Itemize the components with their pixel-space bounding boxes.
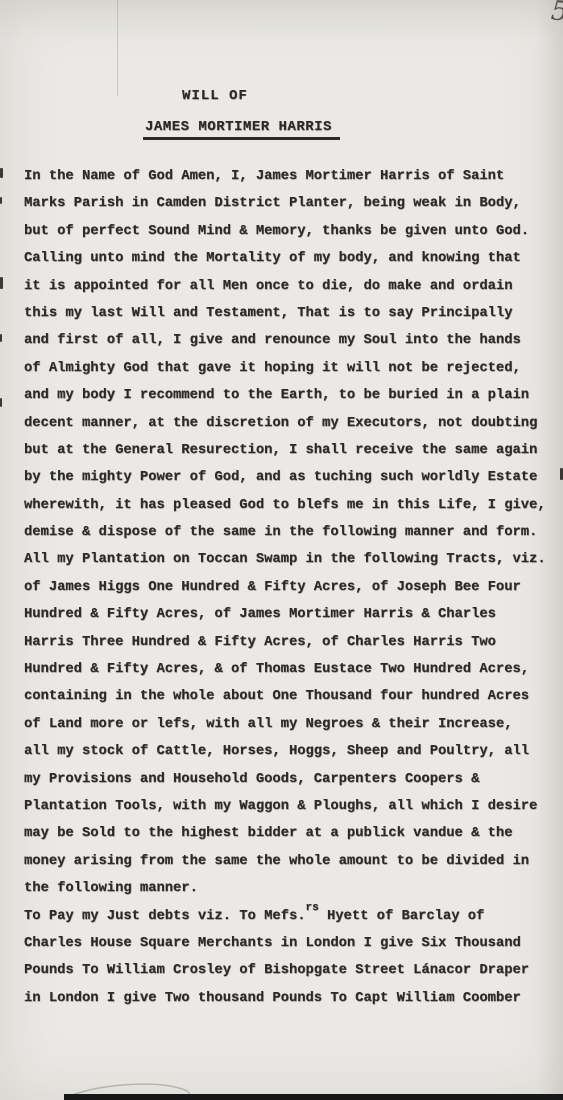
text-line: money arising from the same the whole am… [24,848,541,875]
text-line: but at the General Resurection, I shall … [24,437,541,464]
text-line: of Land more or lefs, with all my Negroe… [24,711,541,738]
payment-line-prefix: To Pay my Just debts viz. To Mefs. [24,909,306,924]
edge-speck [0,277,3,289]
text-line: decent manner, at the discretion of my E… [24,410,541,437]
will-main-paragraph: In the Name of God Amen, I, James Mortim… [24,163,541,903]
text-line: Pounds To William Crosley of Bishopgate … [24,957,541,984]
edge-speck [0,398,2,407]
text-line: in London I give Two thousand Pounds To … [24,985,541,1012]
edge-speck [0,334,2,342]
text-line: All my Plantation on Toccan Swamp in the… [24,546,541,573]
text-line: wherewith, it has pleased God to blefs m… [24,492,541,519]
text-line: Hundred & Fifty Acres, of James Mortimer… [24,601,541,628]
payment-line-suffix: Hyett of Barclay of [319,909,485,924]
text-line: demise & dispose of the same in the foll… [24,519,541,546]
text-line: Hundred & Fifty Acres, & of Thomas Eusta… [24,656,541,683]
text-line: my Provisions and Household Goods, Carpe… [24,766,541,793]
body-text: In the Name of God Amen, I, James Mortim… [24,163,541,1012]
text-line: Calling unto mind the Mortality of my bo… [24,245,541,272]
text-line: containing in the whole about One Thousa… [24,683,541,710]
text-line: the following manner. [24,875,541,902]
scanner-edge-bar [64,1094,563,1100]
document-title: WILL OF [182,88,248,104]
text-line: all my stock of Cattle, Horses, Hoggs, S… [24,738,541,765]
text-line: may be Sold to the highest bidder at a p… [24,820,541,847]
edge-speck [0,197,2,204]
text-line: this my last Will and Testament, That is… [24,300,541,327]
text-line: Charles House Square Merchants in London… [24,930,541,957]
scanned-will-document-page: 5 WILL OF JAMES MORTIMER HARRIS In the N… [0,0,563,1100]
text-line: of James Higgs One Hundred & Fifty Acres… [24,574,541,601]
handwritten-page-number: 5 [550,0,563,28]
testator-name-heading: JAMES MORTIMER HARRIS [143,119,340,140]
text-line: and my body I recommend to the Earth, to… [24,382,541,409]
text-line: by the mighty Power of God, and as tuchi… [24,464,541,491]
text-line: Plantation Tools, with my Waggon & Ploug… [24,793,541,820]
text-line: Harris Three Hundred & Fifty Acres, of C… [24,629,541,656]
paper-shading-top [0,0,563,40]
text-line: but of perfect Sound Mind & Memory, than… [24,218,541,245]
text-line: Marks Parish in Camden District Planter,… [24,190,541,217]
paper-crease [117,0,118,96]
text-line: it is appointed for all Men once to die,… [24,273,541,300]
text-line: In the Name of God Amen, I, James Mortim… [24,163,541,190]
text-line: of Almighty God that gave it hoping it w… [24,355,541,382]
payment-line-with-superscript: To Pay my Just debts viz. To Mefs.rs Hye… [24,903,541,930]
text-line: and first of all, I give and renounce my… [24,327,541,354]
edge-speck [0,168,3,178]
bequests-paragraph: Charles House Square Merchants in London… [24,930,541,1012]
superscript-rs: rs [306,895,319,922]
